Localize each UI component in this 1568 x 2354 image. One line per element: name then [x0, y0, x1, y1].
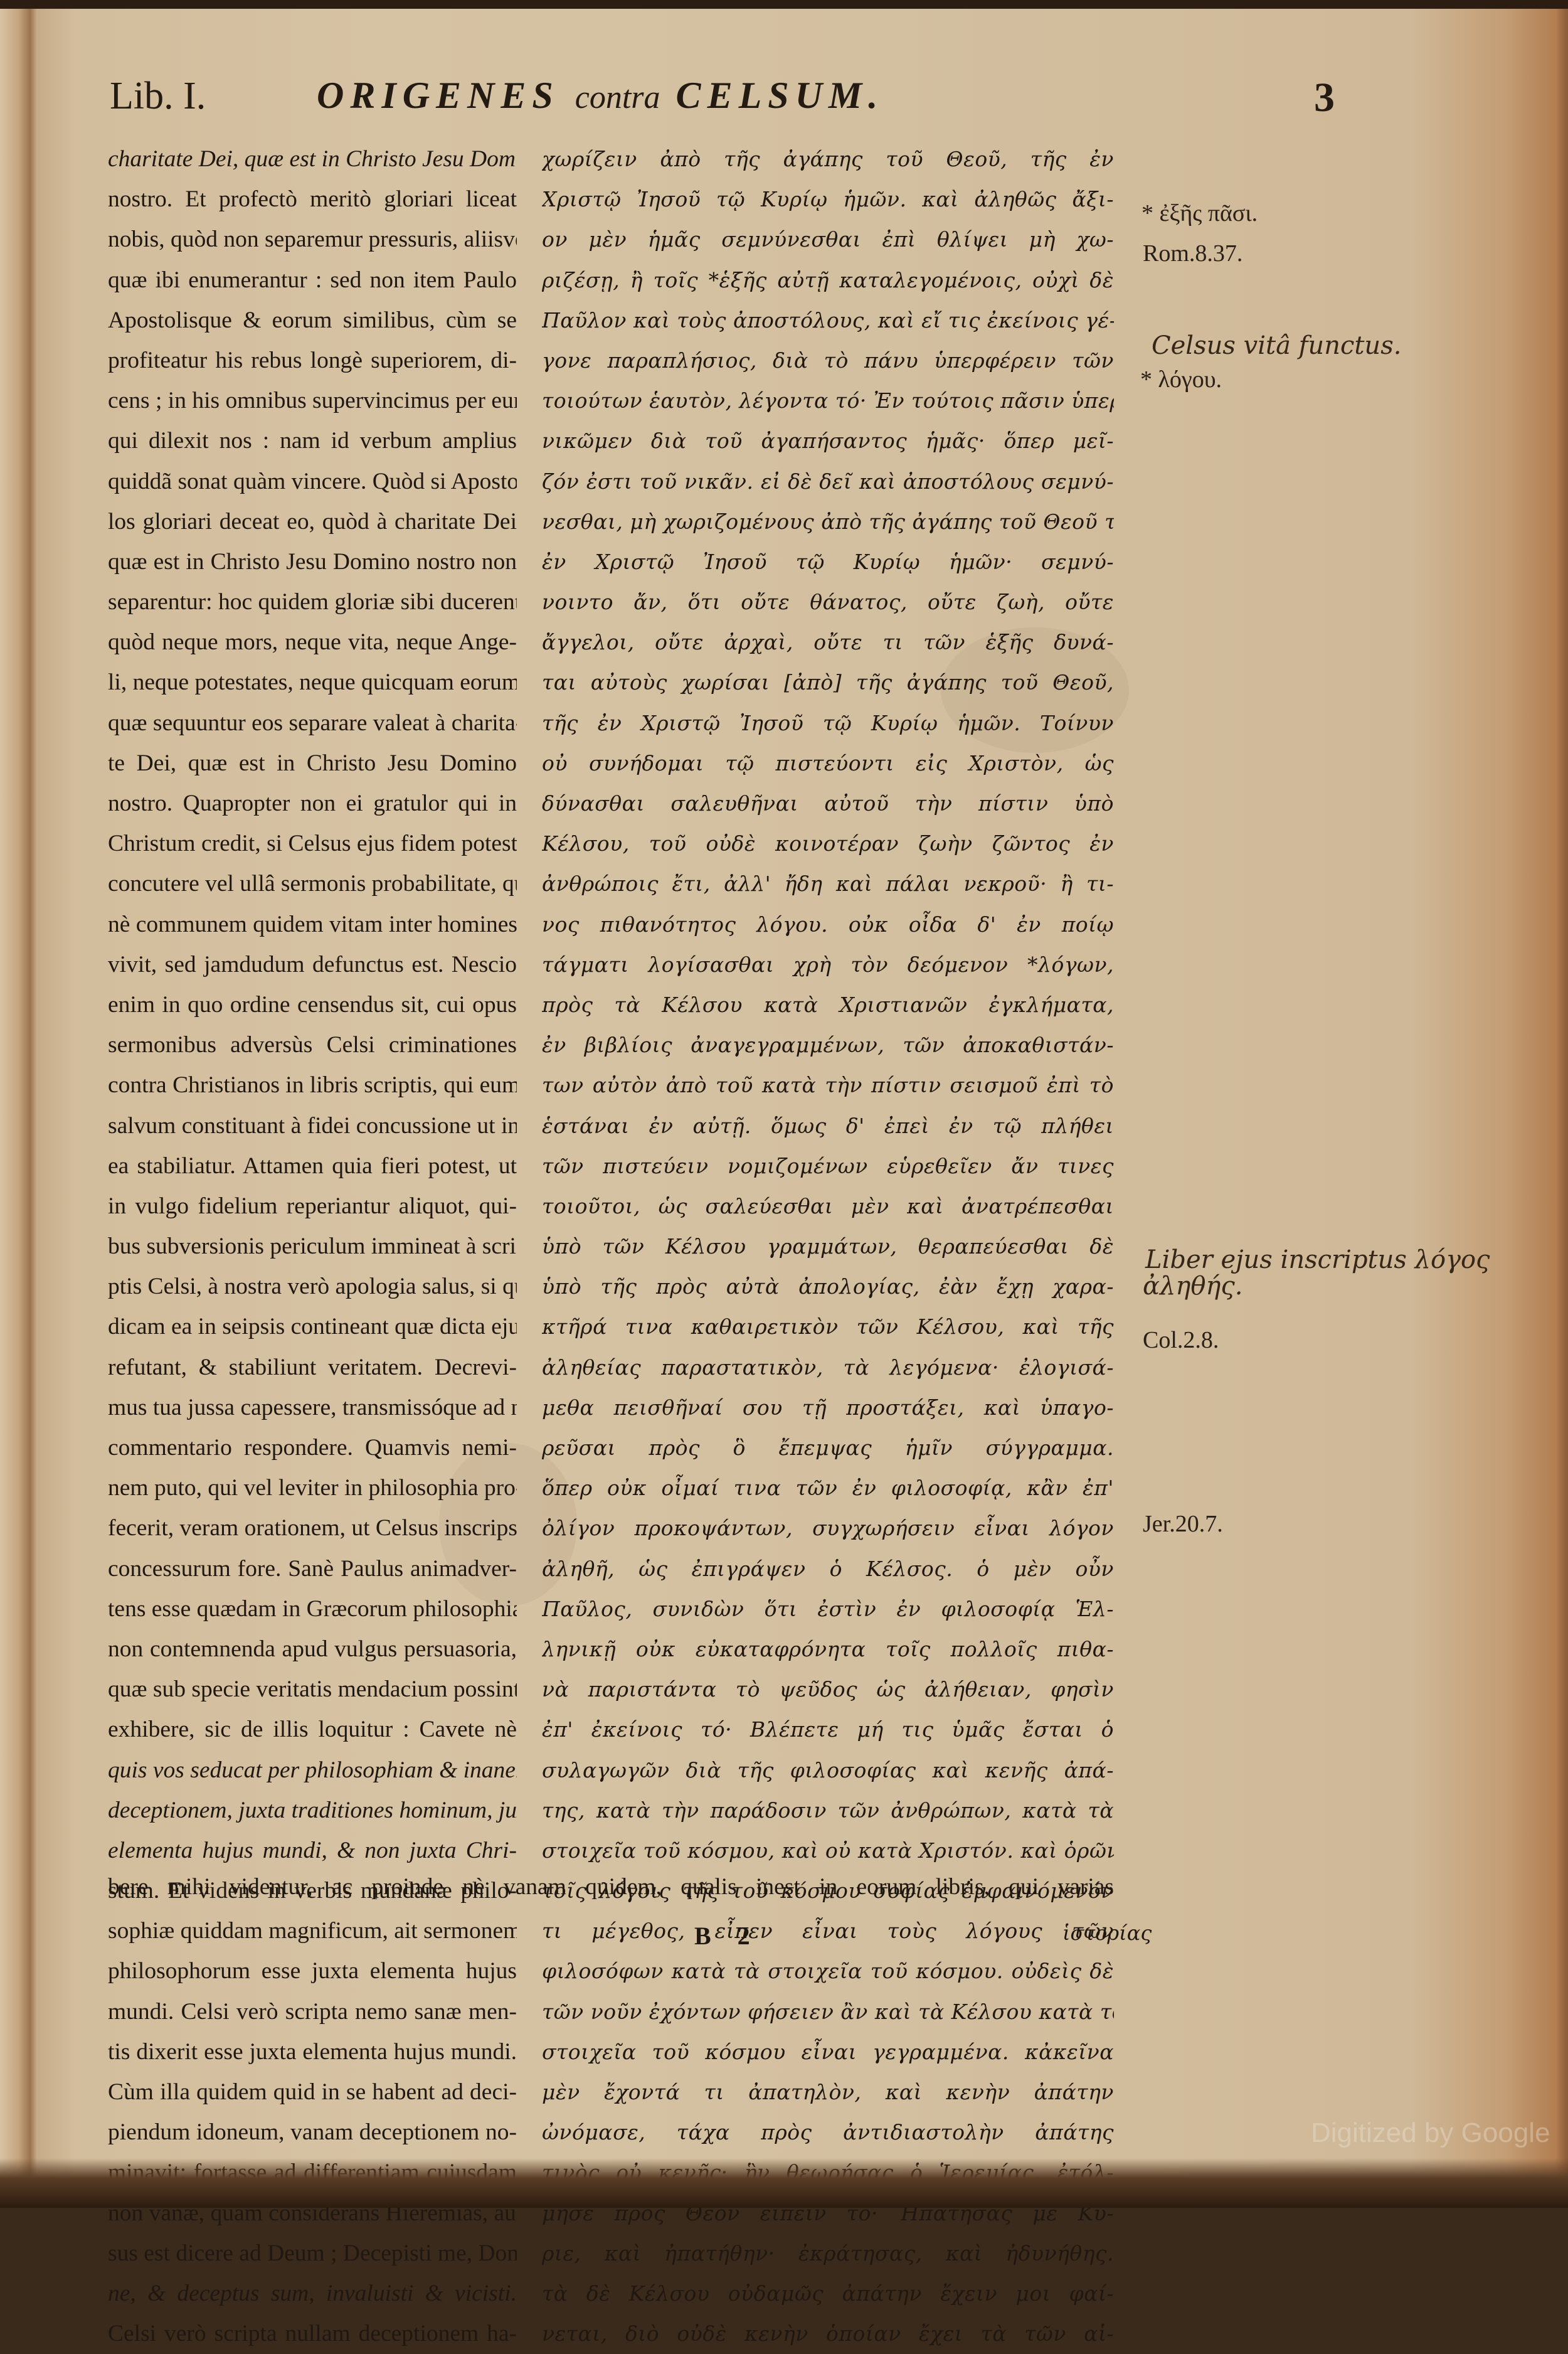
- latin-line: nostro. Quapropter non ei gratulor qui i…: [108, 784, 517, 824]
- latin-line: piendum idoneum, vanam deceptionem no-: [108, 2112, 517, 2153]
- greek-line: ἐν βιβλίοις ἀναγεγραμμένων, τῶν ἀποκαθισ…: [542, 1025, 1114, 1065]
- latin-line: mundi. Celsi verò scripta nemo sanæ men-: [108, 1992, 517, 2032]
- latin-line: ptis Celsi, à nostra verò apologia salus…: [108, 1267, 517, 1307]
- latin-line: exhibere, sic de illis loquitur : Cavete…: [108, 1710, 517, 1750]
- latin-line: qui dilexit nos : nam id verbum amplius: [108, 421, 517, 461]
- greek-line: των αὐτὸν ἀπὸ τοῦ κατὰ τὴν πίστιν σεισμο…: [542, 1065, 1114, 1105]
- greek-line: νὰ παριστάντα τὸ ψεῦδος ὡς ἀλήθειαν, φησ…: [542, 1670, 1114, 1710]
- handwritten-margin-note: ἀληθής.: [1143, 1272, 1243, 1301]
- greek-line: μὲν ἔχοντά τι ἀπατηλὸν, καὶ κενὴν ἀπάτην: [542, 2072, 1114, 2112]
- greek-line: νεσθαι, μὴ χωριζομένους ἀπὸ τῆς ἀγάπης τ…: [542, 502, 1114, 542]
- greek-line: Κέλσου, τοῦ οὐδὲ κοινοτέραν ζωὴν ζῶντος …: [542, 824, 1114, 864]
- greek-line: ὑπὸ τῶν Κέλσου γραμμάτων, θεραπεύεσθαι δ…: [542, 1227, 1114, 1267]
- greek-line: ἀνθρώποις ἔτι, ἀλλ' ἤδη καὶ πάλαι νεκροῦ…: [542, 864, 1114, 904]
- greek-line: Χριστῷ Ἰησοῦ τῷ Κυρίῳ ἡμῶν. καὶ ἀληθῶς ἄ…: [542, 179, 1114, 220]
- latin-line: concutere vel ullâ sermonis probabilitat…: [108, 864, 517, 904]
- latin-line: non contemnenda apud vulgus persuasoria,: [108, 1629, 517, 1670]
- latin-line: nè communem quidem vitam inter homines: [108, 905, 517, 945]
- signature-mark: B 2: [694, 1921, 760, 1951]
- greek-line: φιλοσόφων κατὰ τὰ στοιχεῖα τοῦ κόσμου. ο…: [542, 1951, 1114, 1991]
- greek-line: νικῶμεν διὰ τοῦ ἀγαπήσαντος ἡμᾶς· ὅπερ μ…: [542, 421, 1114, 461]
- greek-line: νος πιθανότητος λόγου. οὐκ οἶδα δ' ἐν πο…: [542, 905, 1114, 945]
- latin-line: quis vos seducat per philosophiam & inan…: [108, 1750, 517, 1791]
- latin-line: charitate Dei, quæ est in Christo Jesu D…: [108, 139, 517, 179]
- title-author: ORIGENES: [317, 75, 559, 116]
- greek-line: τάγματι λογίσασθαι χρὴ τὸν δεόμενον *λόγ…: [542, 945, 1114, 985]
- printed-margin-note: * λόγου.: [1140, 366, 1222, 393]
- title-contra: contra: [575, 80, 660, 115]
- greek-line: ριζέσῃ, ἢ τοῖς *ἑξῆς αὐτῇ καταλεγομένοις…: [542, 260, 1114, 301]
- greek-line: ὅπερ οὐκ οἶμαί τινα τῶν ἐν φιλοσοφίᾳ, κἂ…: [542, 1468, 1114, 1508]
- latin-line: philosophorum esse juxta elementa hujus: [108, 1951, 517, 1991]
- latin-line: deceptionem, juxta traditiones hominum, …: [108, 1791, 517, 1831]
- greek-line: χωρίζειν ἀπὸ τῆς ἀγάπης τοῦ Θεοῦ, τῆς ἐν: [542, 139, 1114, 179]
- latin-line: dicam ea in seipsis contineant quæ dicta…: [108, 1307, 517, 1347]
- greek-line: ἑστάναι ἐν αὐτῇ. ὅμως δ' ἐπεὶ ἐν τῷ πλήθ…: [542, 1106, 1114, 1146]
- latin-line: commentario respondere. Quamvis nemi-: [108, 1428, 517, 1468]
- greek-line: στοιχεῖα τοῦ κόσμου εἶναι γεγραμμένα. κἀ…: [542, 2032, 1114, 2072]
- greek-line: Παῦλον καὶ τοὺς ἀποστόλους, καὶ εἴ τις ἐ…: [542, 301, 1114, 341]
- book-binding-edge: [0, 0, 38, 2208]
- greek-line: οὐ συνήδομαι τῷ πιστεύοντι εἰς Χριστὸν, …: [542, 743, 1114, 784]
- latin-line: profiteatur his rebus longè superiorem, …: [108, 341, 517, 381]
- latin-line: te Dei, quæ est in Christo Jesu Domino: [108, 743, 517, 784]
- latin-line: Christum credit, si Celsus ejus fidem po…: [108, 824, 517, 864]
- greek-line: Παῦλος, συνιδὼν ὅτι ἐστὶν ἐν φιλοσοφίᾳ Ἑ…: [542, 1589, 1114, 1629]
- scan-bottom-edge: [0, 2158, 1568, 2208]
- latin-line: nobis, quòd non separemur pressuris, ali…: [108, 220, 517, 260]
- latin-line: elementa hujus mundi, & non juxta Chri-: [108, 1831, 517, 1871]
- greek-line: τοιούτων ἑαυτὸν, λέγοντα τό· Ἐν τούτοις …: [542, 381, 1114, 421]
- latin-line: vivit, sed jamdudum defunctus est. Nesci…: [108, 945, 517, 985]
- greek-line: ὀλίγον προκοψάντων, συγχωρήσειν εἶναι λό…: [542, 1508, 1114, 1548]
- latin-line: separentur: hoc quidem gloriæ sibi ducer…: [108, 582, 517, 622]
- handwritten-margin-note: Liber ejus inscriptus λόγος: [1145, 1245, 1490, 1274]
- scan-top-edge: [0, 0, 1568, 9]
- greek-line: ἀληθείας παραστατικὸν, τὰ λεγόμενα· ἐλογ…: [542, 1348, 1114, 1388]
- greek-line: τοιοῦτοι, ὡς σαλεύεσθαι μὲν καὶ ἀνατρέπε…: [542, 1186, 1114, 1227]
- latin-line: quòd neque mors, neque vita, neque Ange-: [108, 622, 517, 663]
- latin-line: fecerit, veram orationem, ut Celsus insc…: [108, 1508, 517, 1548]
- running-title: ORIGENES contra CELSUM.: [317, 74, 884, 117]
- printed-margin-note: Rom.8.37.: [1143, 240, 1242, 267]
- greek-line: τῆς ἐν Χριστῷ Ἰησοῦ τῷ Κυρίῳ ἡμῶν. Τοίνυ…: [542, 703, 1114, 743]
- greek-line: ληνικῇ οὐκ εὐκαταφρόνητα τοῖς πολλοῖς πι…: [542, 1629, 1114, 1670]
- greek-line: ὑπὸ τῆς πρὸς αὐτὰ ἀπολογίας, ἐὰν ἔχῃ χαρ…: [542, 1267, 1114, 1307]
- catchword: ἱστορίας: [1062, 1921, 1152, 1945]
- greek-line: ἀληθῆ, ὡς ἐπιγράψεν ὁ Κέλσος. ὁ μὲν οὖν: [542, 1549, 1114, 1589]
- printed-margin-note: * ἐξῆς πᾶσι.: [1142, 200, 1258, 227]
- book-number: Lib. I.: [110, 74, 206, 119]
- latin-line: nem puto, qui vel leviter in philosophia…: [108, 1468, 517, 1508]
- latin-line: sophiæ quiddam magnificum, ait sermonem: [108, 1911, 517, 1951]
- latin-line: contra Christianos in libris scriptis, q…: [108, 1065, 517, 1105]
- greek-line: νοιντο ἄν, ὅτι οὔτε θάνατος, οὔτε ζωὴ, ο…: [542, 582, 1114, 622]
- latin-line: salvum constituant à fidei concussione u…: [108, 1106, 517, 1146]
- latin-line: mus tua jussa capessere, transmissóque a…: [108, 1388, 517, 1428]
- latin-line: quæ sub specie veritatis mendacium possi…: [108, 1670, 517, 1710]
- handwritten-margin-note: Celsus vitâ functus.: [1152, 331, 1401, 360]
- greek-line: ον μὲν ἡμᾶς σεμνύνεσθαι ἐπὶ θλίψει μὴ χω…: [542, 220, 1114, 260]
- greek-line: δύνασθαι σαλευθῆναι αὐτοῦ τὴν πίστιν ὑπὸ: [542, 784, 1114, 824]
- greek-line: τι μέγεθος, εἶπεν εἶναι τοὺς λόγους τῶν: [542, 1911, 1114, 1951]
- latin-line: in vulgo fidelium reperiantur aliquot, q…: [108, 1186, 517, 1227]
- printed-margin-note: Col.2.8.: [1143, 1326, 1219, 1354]
- greek-line: κτῆρά τινα καθαιρετικὸν τῶν Κέλσου, καὶ …: [542, 1307, 1114, 1347]
- latin-line: quæ est in Christo Jesu Domino nostro no…: [108, 542, 517, 582]
- greek-line: συλαγωγῶν διὰ τῆς φιλοσοφίας καὶ κενῆς ἀ…: [542, 1750, 1114, 1791]
- greek-line: ἐν Χριστῷ Ἰησοῦ τῷ Κυρίῳ ἡμῶν· σεμνύ-: [542, 542, 1114, 582]
- greek-line: ζόν ἐστι τοῦ νικᾶν. εἰ δὲ δεῖ καὶ ἀποστό…: [542, 462, 1114, 502]
- page-number: 3: [1314, 74, 1335, 122]
- latin-line: concessurum fore. Sanè Paulus animadver-: [108, 1549, 517, 1589]
- latin-line: tens esse quædam in Græcorum philosophia: [108, 1589, 517, 1629]
- latin-final-line: bere mihi videntur, ac proinde nè vanam …: [108, 1867, 1114, 1907]
- latin-line: Apostolisque & eorum similibus, cùm se: [108, 301, 517, 341]
- digitization-watermark: Digitized by Google: [1311, 2117, 1550, 2149]
- greek-line: τῶν πιστεύειν νομιζομένων εὑρεθεῖεν ἄν τ…: [542, 1146, 1114, 1186]
- running-header: Lib. I. ORIGENES contra CELSUM. 3: [110, 74, 1402, 130]
- greek-line: ὠνόμασε, τάχα πρὸς ἀντιδιαστολὴν ἀπάτης: [542, 2112, 1114, 2153]
- greek-line: μεθα πεισθῆναί σου τῇ προστάξει, καὶ ὑπα…: [542, 1388, 1114, 1428]
- greek-line: πρὸς τὰ Κέλσου κατὰ Χριστιανῶν ἐγκλήματα…: [542, 985, 1114, 1025]
- latin-line: sermonibus adversùs Celsi criminationes: [108, 1025, 517, 1065]
- latin-line: quæ ibi enumerantur : sed non item Paulo: [108, 260, 517, 301]
- greek-line: τῶν νοῦν ἐχόντων φήσειεν ἂν καὶ τὰ Κέλσο…: [542, 1992, 1114, 2032]
- greek-line: ἄγγελοι, οὔτε ἀρχαὶ, οὔτε τι τῶν ἑξῆς δυ…: [542, 622, 1114, 663]
- latin-line: los gloriari deceat eo, quòd à charitate…: [108, 502, 517, 542]
- latin-line: bus subversionis periculum immineat à sc…: [108, 1227, 517, 1267]
- greek-line: στοιχεῖα τοῦ κόσμου, καὶ οὐ κατὰ Χριστόν…: [542, 1831, 1114, 1871]
- printed-margin-note: Jer.20.7.: [1143, 1510, 1223, 1538]
- greek-line: ἐπ' ἐκείνοις τό· Βλέπετε μή τις ὑμᾶς ἔστ…: [542, 1710, 1114, 1750]
- latin-line: tis dixerit esse juxta elementa hujus mu…: [108, 2032, 517, 2072]
- latin-line: ea stabiliatur. Attamen quia fieri potes…: [108, 1146, 517, 1186]
- greek-line: ται αὐτοὺς χωρίσαι [ἀπὸ] τῆς ἀγάπης τοῦ …: [542, 663, 1114, 703]
- greek-line: ρεῦσαι πρὸς ὃ ἔπεμψας ἡμῖν σύγγραμμα.: [542, 1428, 1114, 1468]
- latin-line: quiddã sonat quàm vincere. Quòd si Apost…: [108, 462, 517, 502]
- latin-line: cens ; in his omnibus supervincimus per …: [108, 381, 517, 421]
- latin-line: li, neque potestates, neque quicquam eor…: [108, 663, 517, 703]
- greek-line: της, κατὰ τὴν παράδοσιν τῶν ἀνθρώπων, κα…: [542, 1791, 1114, 1831]
- latin-line: quæ sequuntur eos separare valeat à char…: [108, 703, 517, 743]
- latin-line: enim in quo ordine censendus sit, cui op…: [108, 985, 517, 1025]
- latin-line: Cùm illa quidem quid in se habent ad dec…: [108, 2072, 517, 2112]
- latin-line: nostro. Et profectò meritò gloriari lice…: [108, 179, 517, 220]
- greek-line: γονε παραπλήσιος, διὰ τὸ πάνυ ὑπερφέρειν…: [542, 341, 1114, 381]
- latin-line: refutant, & stabiliunt veritatem. Decrev…: [108, 1348, 517, 1388]
- title-subject: CELSUM.: [676, 75, 884, 116]
